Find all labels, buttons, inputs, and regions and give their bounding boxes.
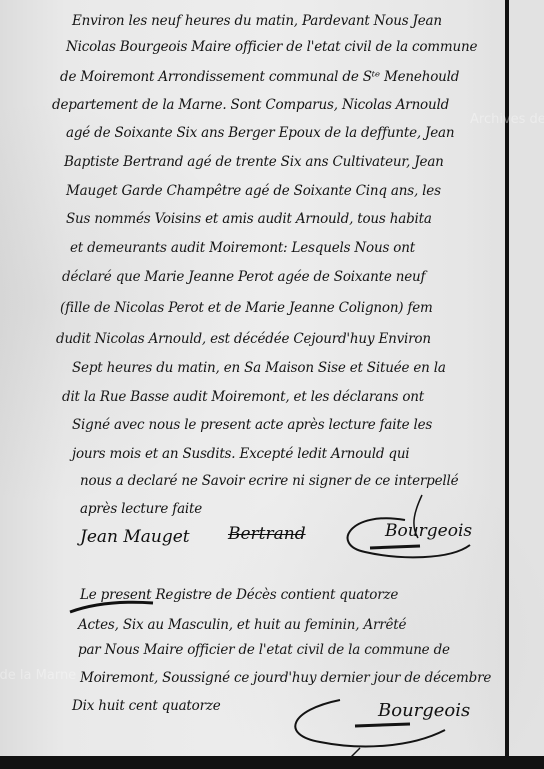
document-viewer: Archives de la Marne Archives de la Marn… xyxy=(0,0,544,769)
text-line: dit la Rue Basse audit Moiremont, et les… xyxy=(62,389,424,405)
watermark: Archives de la Marne xyxy=(0,668,76,683)
adjacent-page-edge xyxy=(509,0,544,756)
text-line: après lecture faite xyxy=(80,501,202,517)
text-line: agé de Soixante Six ans Berger Epoux de … xyxy=(66,125,454,141)
signature-bertrand: Bertrand xyxy=(228,524,306,544)
text-line: Sept heures du matin, en Sa Maison Sise … xyxy=(72,360,446,376)
text-line: Mauget Garde Champêtre agé de Soixante C… xyxy=(66,183,441,199)
text-line: Le present Registre de Décès contient qu… xyxy=(80,587,398,603)
page-margin-rule xyxy=(505,0,509,756)
register-page: Archives de la Marne Archives de la Marn… xyxy=(0,0,544,756)
text-line: de Moiremont Arrondissement communal de … xyxy=(60,69,459,85)
text-line: et demeurants audit Moiremont: Lesquels … xyxy=(70,240,415,256)
signature-mauget: Jean Mauget xyxy=(80,527,190,547)
text-line: déclaré que Marie Jeanne Perot agée de S… xyxy=(62,269,425,285)
text-line: jours mois et an Susdits. Excepté ledit … xyxy=(72,446,409,462)
text-line: par Nous Maire officier de l'etat civil … xyxy=(78,642,450,658)
text-line: dudit Nicolas Arnould, est décédée Cejou… xyxy=(56,331,431,347)
text-line: Baptiste Bertrand agé de trente Six ans … xyxy=(64,154,444,170)
text-line: (fille de Nicolas Perot et de Marie Jean… xyxy=(60,300,433,316)
text-line: Signé avec nous le present acte après le… xyxy=(72,417,432,433)
viewer-bottom-bar xyxy=(0,756,544,769)
signature-bourgeois: Bourgeois xyxy=(385,521,472,541)
signature-bourgeois-closing: Bourgeois xyxy=(378,700,470,721)
text-line: Dix huit cent quatorze xyxy=(72,698,221,714)
text-line: nous a declaré ne Savoir ecrire ni signe… xyxy=(80,473,458,489)
text-line: Moiremont, Soussigné ce jourd'huy dernie… xyxy=(80,670,491,686)
text-line: Nicolas Bourgeois Maire officier de l'et… xyxy=(66,39,477,55)
text-line: Sus nommés Voisins et amis audit Arnould… xyxy=(66,211,432,227)
text-line: Environ les neuf heures du matin, Pardev… xyxy=(72,13,442,29)
text-line: departement de la Marne. Sont Comparus, … xyxy=(52,97,449,113)
text-line: Actes, Six au Masculin, et huit au femin… xyxy=(78,617,406,633)
